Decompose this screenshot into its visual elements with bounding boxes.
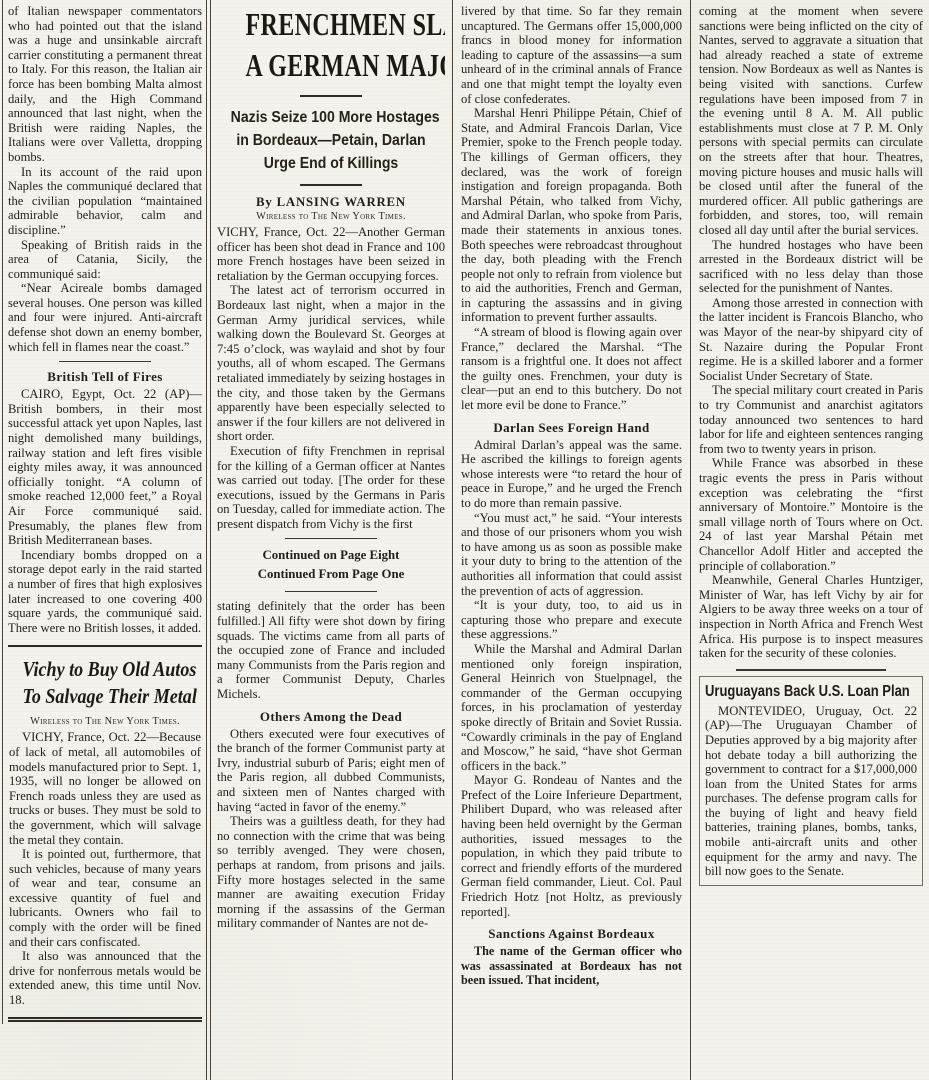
boxed-article-headline: Uruguayans Back U.S. Loan Plan (705, 682, 917, 702)
headline-line: Uruguayans Back U.S. Loan Plan (705, 682, 883, 702)
uruguay-loan-article: Uruguayans Back U.S. Loan PlanMONTEVIDEO… (699, 676, 923, 886)
body-paragraph: stating definitely that the order has be… (217, 599, 445, 701)
body-paragraph: of Italian newspaper commentators who ha… (8, 4, 202, 165)
body-paragraph: Execution of fifty Frenchmen in reprisal… (217, 444, 445, 532)
column-rule (452, 0, 453, 1080)
rule-divider (285, 538, 377, 539)
body-paragraph: MONTEVIDEO, Uruguay, Oct. 22 (AP)—The Ur… (705, 704, 917, 879)
body-paragraph: VICHY, France, Oct. 22—Another German of… (217, 225, 445, 283)
continued-notice: Continued on Page Eight (217, 546, 445, 565)
body-paragraph: The hundred hostages who have been arres… (699, 238, 923, 296)
section-subhead: British Tell of Fires (8, 369, 202, 384)
column-3: livered by that time. So far they remain… (461, 4, 682, 1076)
headline-line: in Bordeaux—Petain, Darlan (231, 129, 432, 152)
headline-line: To Salvage Their Metal (22, 683, 187, 710)
rule-divider (300, 95, 362, 97)
body-paragraph: “You must act,” he said. “Your interests… (461, 511, 682, 599)
page-edge-rule (2, 0, 3, 1024)
body-paragraph: Mayor G. Rondeau of Nantes and the Prefe… (461, 773, 682, 919)
body-paragraph: livered by that time. So far they remain… (461, 4, 682, 106)
lead-article: FRENCHMEN SLAYA GERMAN MAJORNazis Seize … (217, 4, 445, 931)
body-paragraph: Marshal Henri Philippe Pétain, Chief of … (461, 106, 682, 325)
body-paragraph: Incendiary bombs dropped on a storage de… (8, 548, 202, 636)
column-rule (210, 0, 211, 1080)
headline-line: A GERMAN MAJOR (246, 45, 417, 86)
body-paragraph: While France was absorbed in these tragi… (699, 456, 923, 573)
body-paragraph: Others executed were four executives of … (217, 727, 445, 815)
continued-notice: Continued From Page One (217, 565, 445, 584)
column-rule (690, 0, 691, 1080)
body-paragraph: CAIRO, Egypt, Oct. 22 (AP)—British bombe… (8, 387, 202, 548)
headline-line: Vichy to Buy Old Autos (22, 656, 187, 683)
body-paragraph: Speaking of British raids in the area of… (8, 238, 202, 282)
section-subhead: Sanctions Against Bordeaux (461, 926, 682, 941)
rule-divider (59, 361, 151, 362)
body-paragraph: “A stream of blood is flowing again over… (461, 325, 682, 413)
headline-line: Nazis Seize 100 More Hostages (231, 106, 432, 129)
main-headline: FRENCHMEN SLAYA GERMAN MAJOR (217, 4, 445, 86)
rule-divider (300, 184, 362, 186)
naples-raid-article: of Italian newspaper commentators who ha… (8, 4, 202, 635)
body-paragraph: VICHY, France, Oct. 22—Because of lack o… (9, 730, 201, 847)
column-4: coming at the moment when severe sanctio… (699, 4, 923, 1076)
body-paragraph: Admiral Darlan’s appeal was the same. He… (461, 438, 682, 511)
rule-divider (736, 669, 886, 671)
lead-article-continuation-2: coming at the moment when severe sanctio… (699, 4, 923, 671)
vichy-autos-article: Vichy to Buy Old AutosTo Salvage Their M… (8, 645, 202, 1021)
body-paragraph: It also was announced that the drive for… (9, 949, 201, 1007)
body-paragraph: Theirs was a guiltless death, for they h… (217, 814, 445, 931)
rule-divider (285, 591, 377, 592)
column-rule (206, 0, 207, 1080)
headline-line: Urge End of Killings (231, 152, 432, 175)
body-paragraph: Among those arrested in connection with … (699, 296, 923, 384)
body-paragraph: “Near Acireale bombs damaged several hou… (8, 281, 202, 354)
section-subhead: Others Among the Dead (217, 709, 445, 724)
body-paragraph: coming at the moment when severe sanctio… (699, 4, 923, 238)
body-paragraph: The name of the German officer who was a… (461, 944, 682, 988)
headline-line: FRENCHMEN SLAY (246, 4, 417, 45)
lead-article-continuation: livered by that time. So far they remain… (461, 4, 682, 988)
body-paragraph: While the Marshal and Admiral Darlan men… (461, 642, 682, 773)
boxed-article-headline: Vichy to Buy Old AutosTo Salvage Their M… (9, 656, 201, 710)
wire-credit: Wireless to The New York Times. (9, 716, 201, 727)
byline: By LANSING WARREN (217, 195, 445, 210)
section-subhead: Darlan Sees Foreign Hand (461, 420, 682, 435)
column-1: of Italian newspaper commentators who ha… (8, 4, 202, 1074)
wire-credit: Wireless to The New York Times. (217, 211, 445, 222)
deck-headline: Nazis Seize 100 More Hostagesin Bordeaux… (217, 106, 445, 175)
body-paragraph: Meanwhile, General Charles Huntziger, Mi… (699, 573, 923, 661)
newspaper-page: of Italian newspaper commentators who ha… (0, 0, 929, 1080)
body-paragraph: In its account of the raid upon Naples t… (8, 165, 202, 238)
body-paragraph: It is pointed out, furthermore, that suc… (9, 847, 201, 949)
column-2: FRENCHMEN SLAYA GERMAN MAJORNazis Seize … (217, 2, 445, 1080)
body-paragraph: “It is your duty, too, to aid us in capt… (461, 598, 682, 642)
body-paragraph: The special military court created in Pa… (699, 383, 923, 456)
body-paragraph: The latest act of terrorism occurred in … (217, 283, 445, 444)
